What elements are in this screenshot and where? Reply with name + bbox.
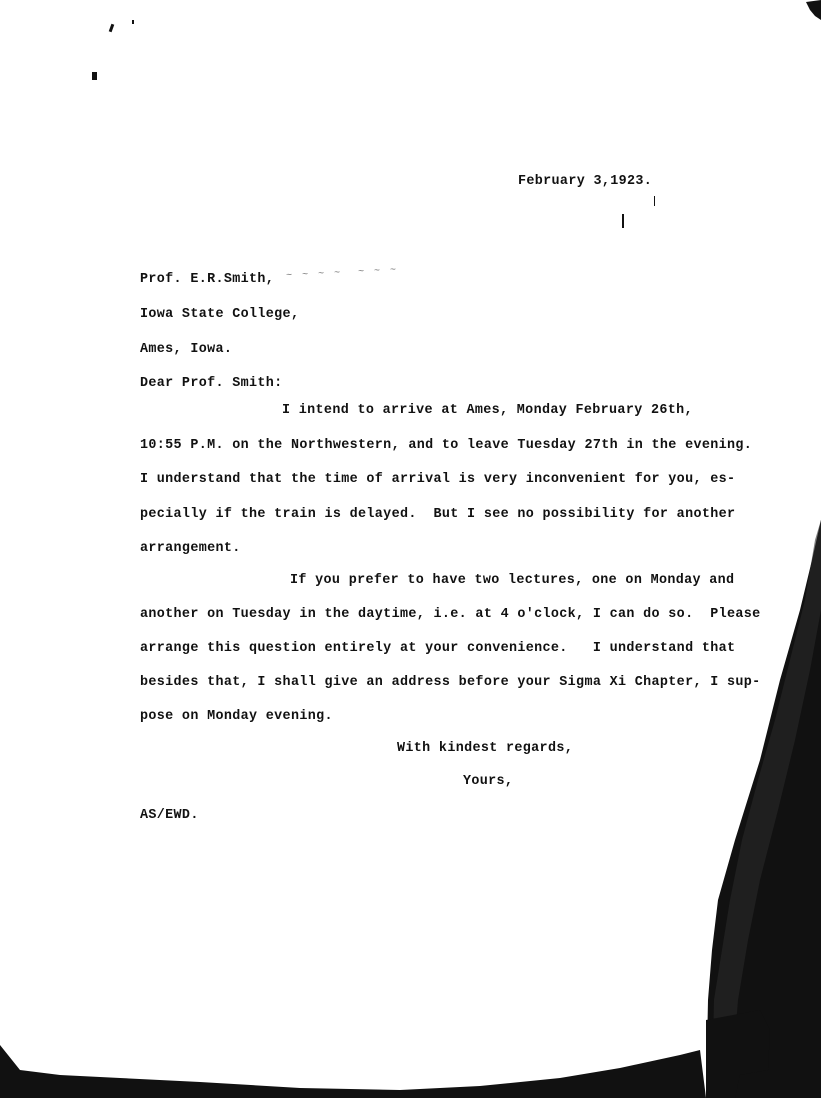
paragraph1-line: I understand that the time of arrival is… <box>140 472 735 488</box>
paragraph2-line: If you prefer to have two lectures, one … <box>290 573 734 589</box>
scan-speck <box>132 20 134 24</box>
salutation: Dear Prof. Smith: <box>140 376 283 392</box>
closing: With kindest regards, <box>397 741 573 757</box>
letter-date: February 3,1923. <box>518 174 652 190</box>
scan-speck <box>622 214 624 228</box>
paragraph2-line: besides that, I shall give an address be… <box>140 675 761 691</box>
paragraph2-line: pose on Monday evening. <box>140 709 333 725</box>
paragraph1-line: pecially if the train is delayed. But I … <box>140 507 735 523</box>
paragraph2-line: arrange this question entirely at your c… <box>140 641 735 657</box>
addressee-name: Prof. E.R.Smith, <box>140 272 274 288</box>
reference-initials: AS/EWD. <box>140 808 199 824</box>
addressee-city: Ames, Iowa. <box>140 342 232 358</box>
scan-speck <box>92 72 97 80</box>
scan-speck <box>654 196 655 206</box>
scan-edge-shadow <box>0 0 821 1098</box>
paragraph1-line: I intend to arrive at Ames, Monday Febru… <box>282 403 693 419</box>
paragraph2-line: another on Tuesday in the daytime, i.e. … <box>140 607 761 623</box>
paragraph1-line: 10:55 P.M. on the Northwestern, and to l… <box>140 438 752 454</box>
paragraph1-line: arrangement. <box>140 541 241 557</box>
valediction: Yours, <box>463 774 513 790</box>
letter-page: February 3,1923. Prof. E.R.Smith, ~ ~ ~ … <box>0 0 821 1098</box>
addressee-institution: Iowa State College, <box>140 307 299 323</box>
